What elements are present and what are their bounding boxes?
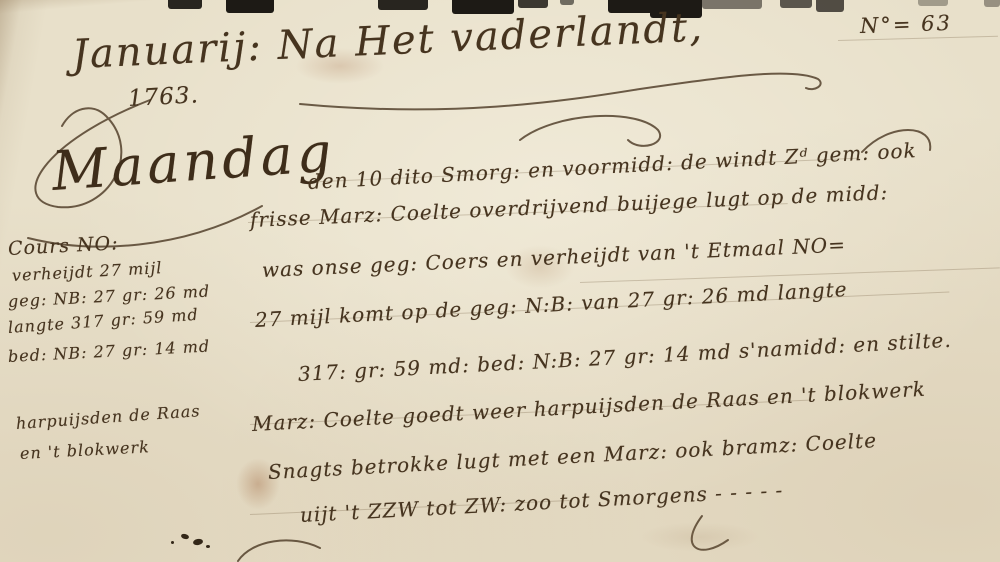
margin-note: verheijdt 27 mijl xyxy=(12,258,163,285)
page-edge-mark xyxy=(780,0,812,8)
ink-blot xyxy=(206,545,210,548)
log-line: 317: gr: 59 md: bed: N:B: 27 gr: 14 md s… xyxy=(297,328,952,386)
year-label: 1763. xyxy=(127,82,199,112)
log-line: 27 mijl komt op de geg: N:B: van 27 gr: … xyxy=(254,277,848,332)
log-line: Marz: Coelte goedt weer harpuijsden de R… xyxy=(251,377,926,436)
page-edge-mark xyxy=(702,0,762,9)
page-edge-mark xyxy=(560,0,574,5)
ink-blot xyxy=(193,538,204,546)
page-title: Januarij: Na Het vaderlandt, xyxy=(71,4,705,78)
ink-blot xyxy=(180,533,189,540)
page-edge-mark xyxy=(816,0,844,12)
log-line: uijt 't ZZW tot ZW: zoo tot Smorgens - -… xyxy=(299,478,783,527)
margin-note: en 't blokwerk xyxy=(20,437,151,463)
page-edge-mark xyxy=(226,0,274,13)
log-line: was onse geg: Coers en verheijdt van 't … xyxy=(261,233,846,282)
margin-note: harpuijsden de Raas xyxy=(15,401,201,433)
page-edge-mark xyxy=(452,0,514,14)
paper-stain xyxy=(640,522,760,552)
margin-note: Cours NO: xyxy=(7,232,119,260)
ink-blot xyxy=(171,541,174,544)
page-edge-mark xyxy=(378,0,428,10)
manuscript-page: N°= 63 Januarij: Na Het vaderlandt, 1763… xyxy=(0,0,1000,562)
folio-number: N°= 63 xyxy=(860,11,953,38)
page-edge-mark xyxy=(984,0,1000,7)
day-heading: Maandag xyxy=(50,120,338,203)
page-edge-mark xyxy=(168,0,202,9)
page-edge-mark xyxy=(518,0,548,8)
page-edge-mark xyxy=(918,0,948,6)
margin-note: bed: NB: 27 gr: 14 md xyxy=(8,336,211,366)
log-line: Snagts betrokke lugt met een Marz: ook b… xyxy=(267,428,877,484)
